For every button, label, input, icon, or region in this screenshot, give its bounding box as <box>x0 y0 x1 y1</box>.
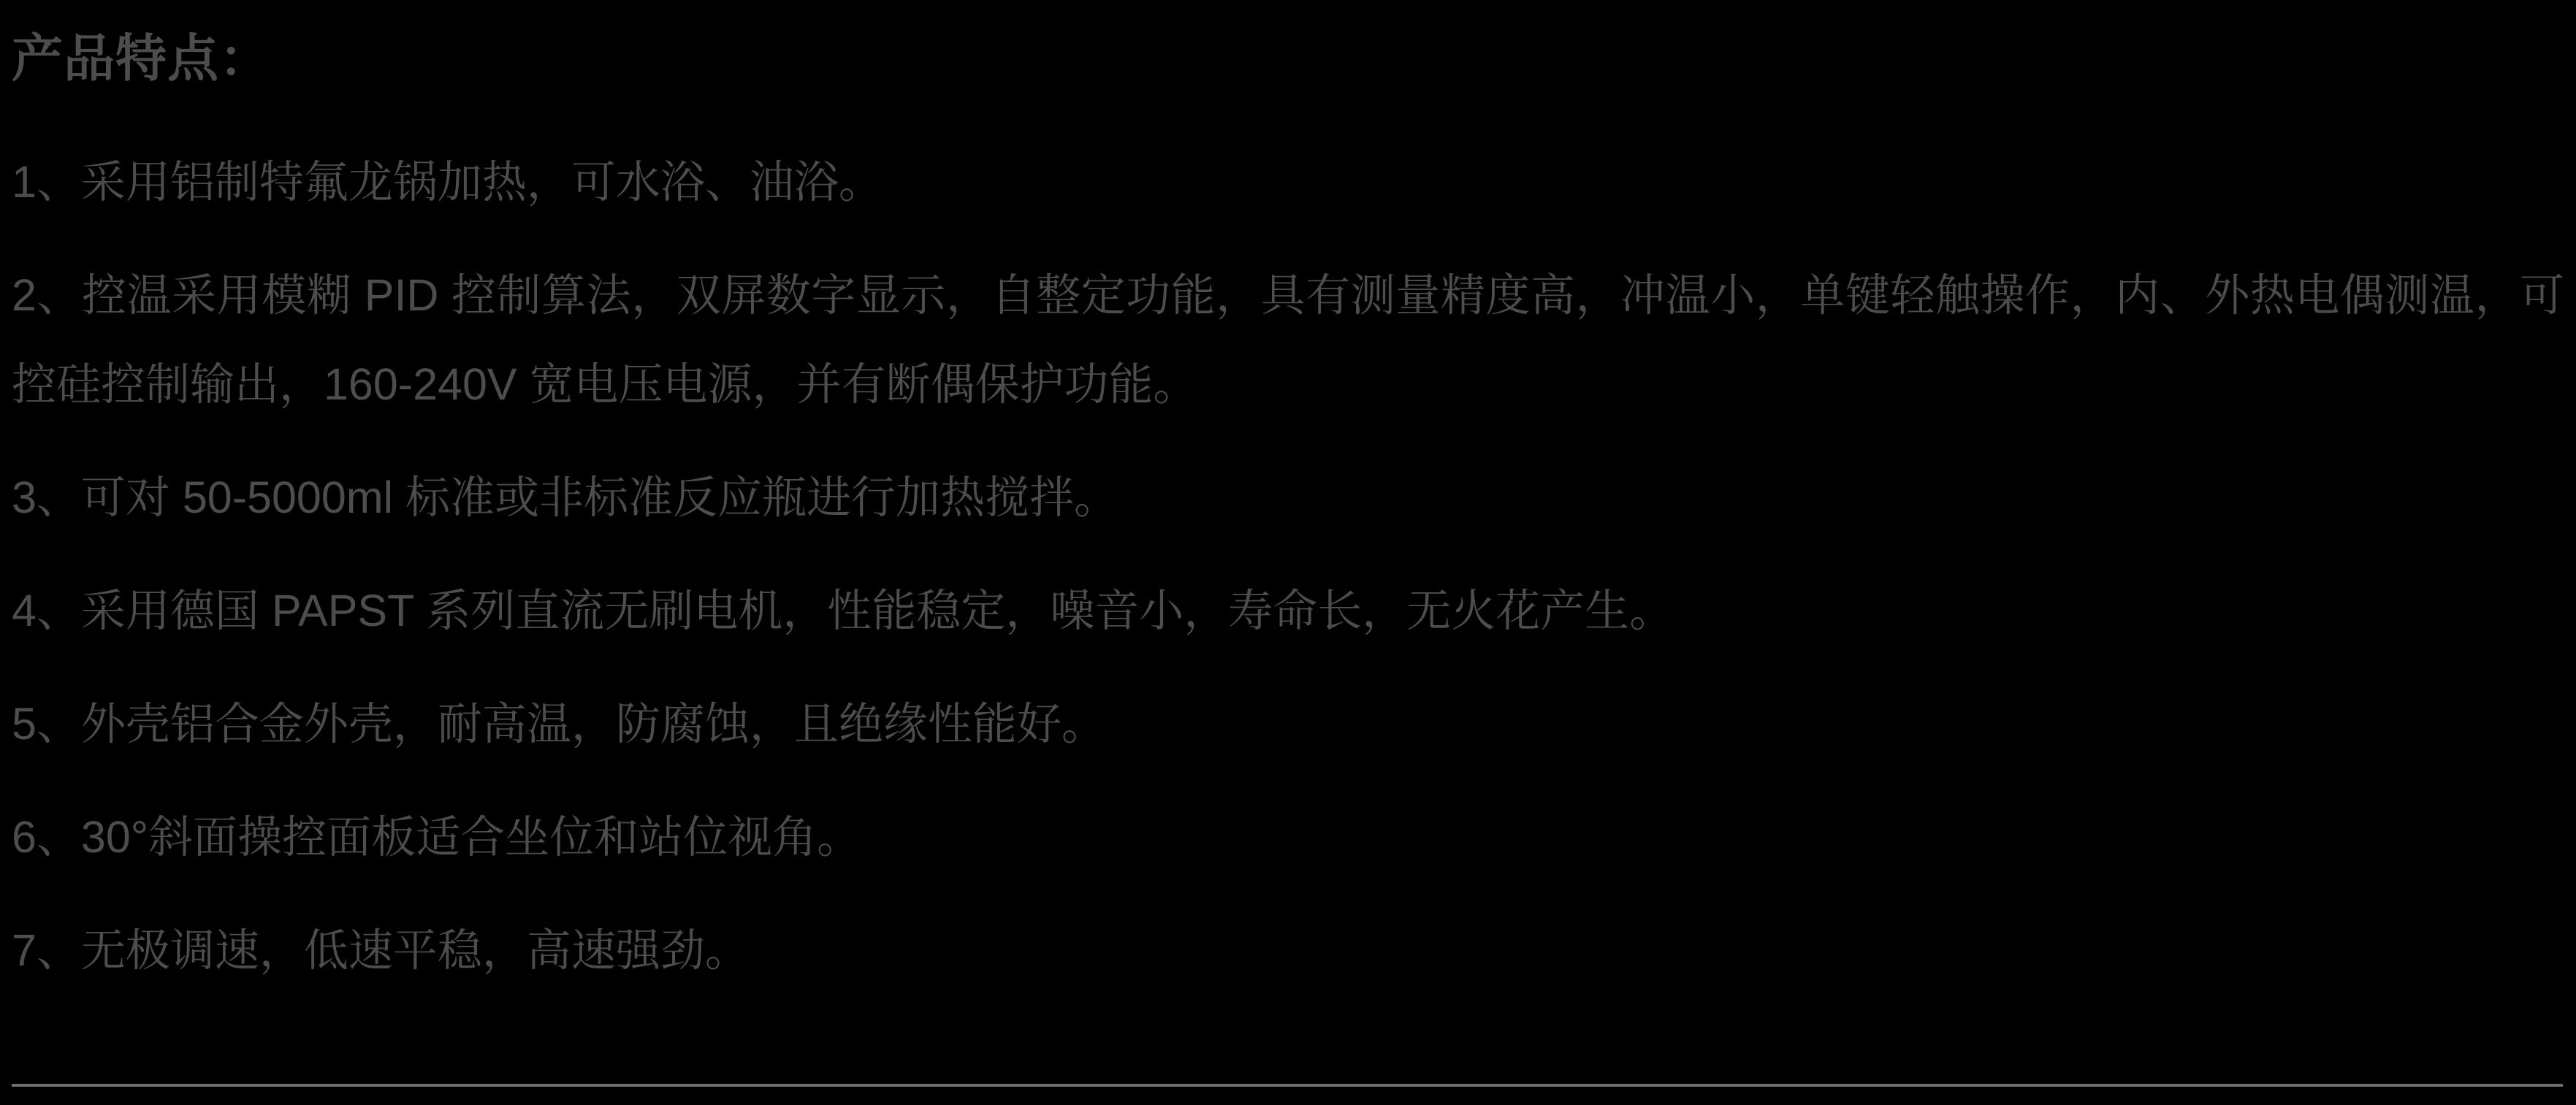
feature-item-4: 4、采用德国 PAPST 系列直流无刷电机，性能稳定，噪音小，寿命长，无火花产生… <box>12 566 2564 655</box>
feature-item-7: 7、无极调速，低速平稳，高速强劲。 <box>12 906 2564 995</box>
feature-item-1: 1、采用铝制特氟龙锅加热，可水浴、油浴。 <box>12 137 2564 226</box>
feature-item-2: 2、控温采用模糊 PID 控制算法，双屏数字显示，自整定功能，具有测量精度高，冲… <box>12 251 2564 429</box>
product-features-page: 产品特点： 1、采用铝制特氟龙锅加热，可水浴、油浴。 2、控温采用模糊 PID … <box>0 0 2576 1105</box>
feature-item-6: 6、30°斜面操控面板适合坐位和站位视角。 <box>12 792 2564 882</box>
feature-item-3: 3、可对 50-5000ml 标准或非标准反应瓶进行加热搅拌。 <box>12 453 2564 542</box>
section-divider <box>12 1084 2563 1087</box>
feature-item-5: 5、外壳铝合金外壳，耐高温，防腐蚀，且绝缘性能好。 <box>12 679 2564 768</box>
page-title: 产品特点： <box>12 26 2564 91</box>
